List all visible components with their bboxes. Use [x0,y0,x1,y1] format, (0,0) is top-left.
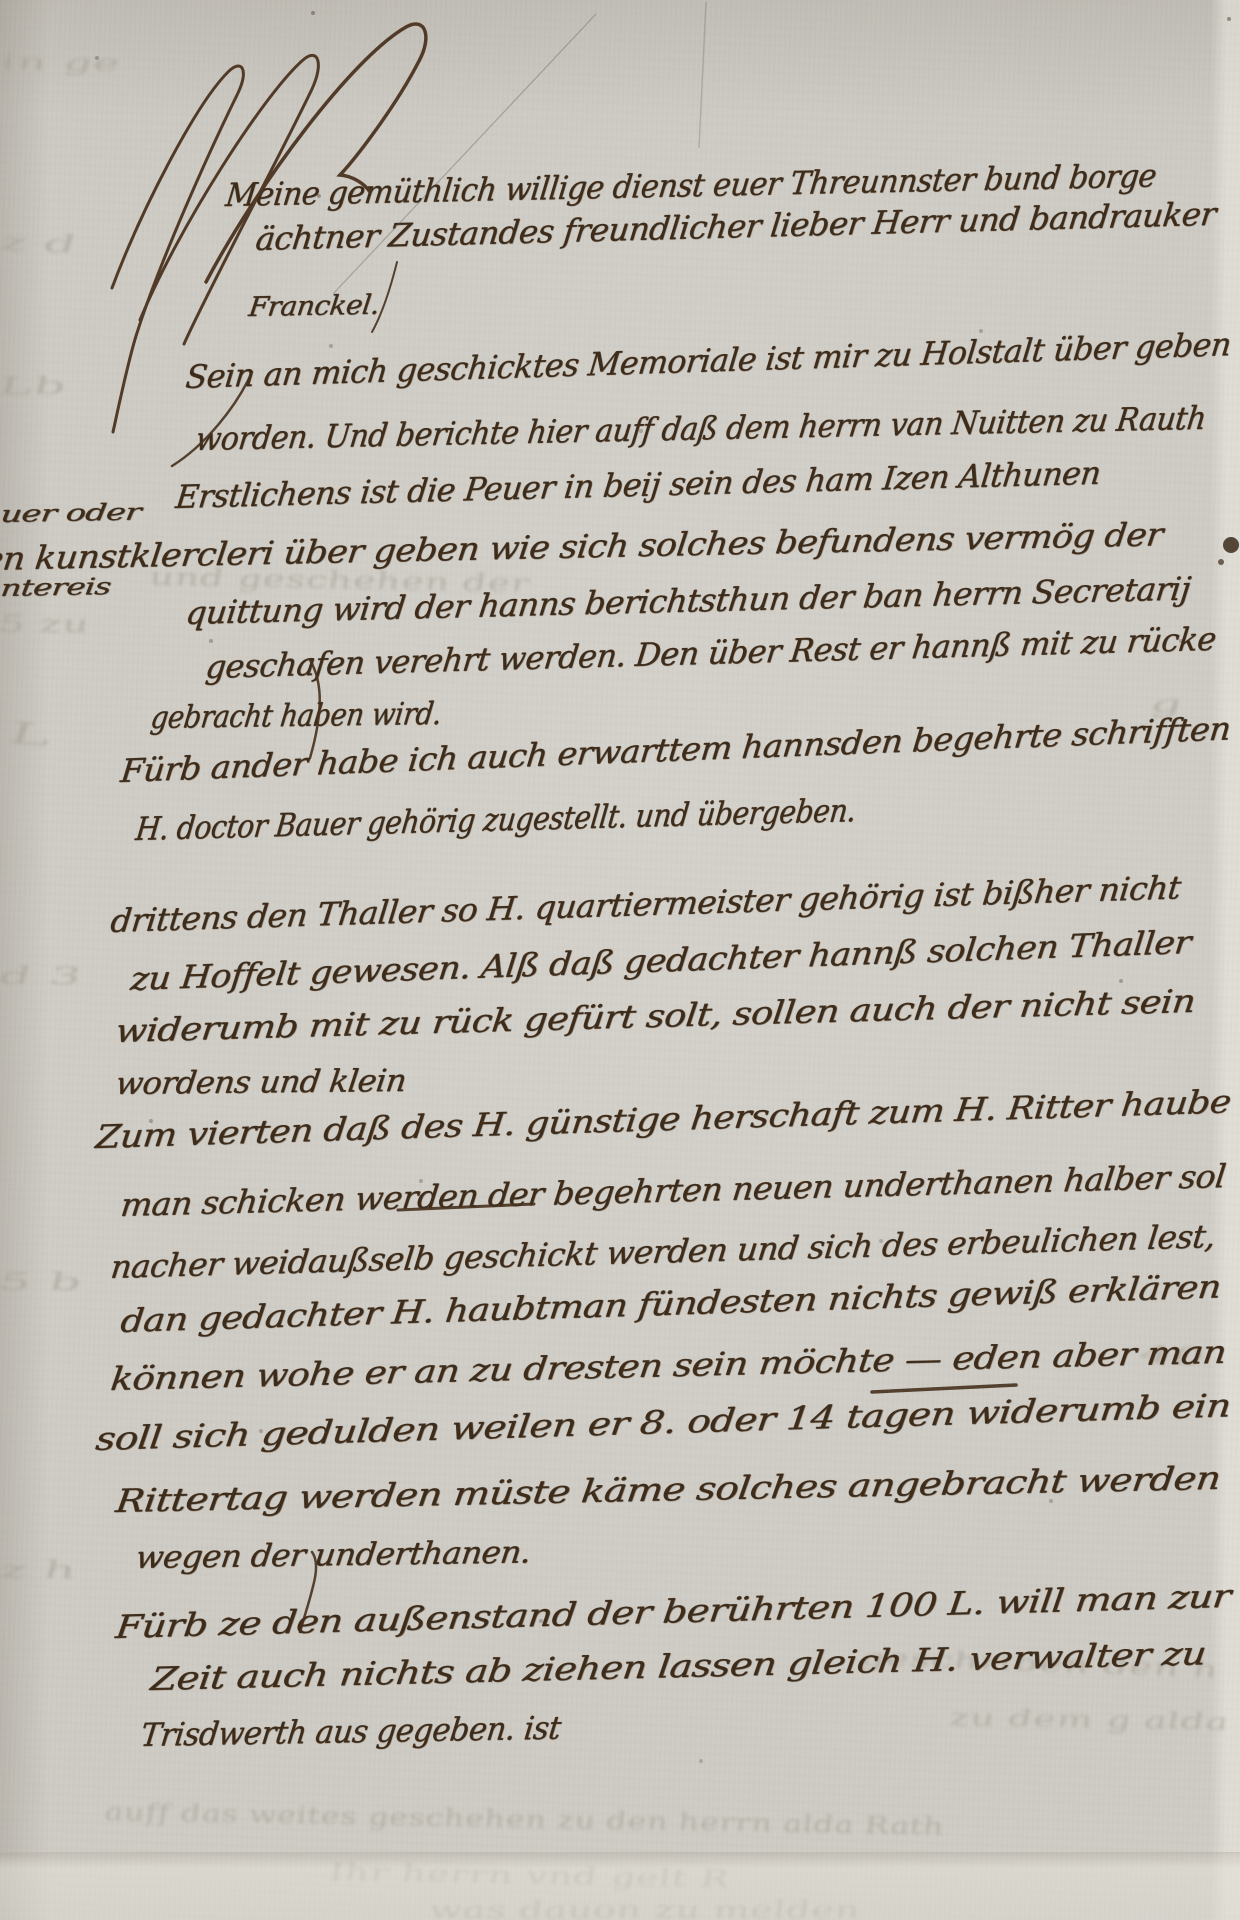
bleedthrough-line-text: z d [0,228,79,259]
bleedthrough-line: d 3 [0,962,40,990]
bleedthrough-line-text: g [1147,690,1184,718]
letter-swash-stroke [172,372,252,466]
manuscript-line: wegen der underthanen. [135,1540,512,1576]
paper-texture [0,0,1240,1920]
manuscript-line-text: können wohe er an zu dresten sein möchte… [109,1333,1229,1398]
manuscript-line: widerumb mit zu rück gefürt solt, sollen… [115,1012,1061,1050]
manuscript-line: H. doctor Bauer gehörig zugestellt. und … [135,810,952,848]
bleedthrough-line-text: in ge [0,50,123,77]
manuscript-line-text: Franckel. [247,290,381,323]
bleedthrough-line-text: z h [0,1556,79,1584]
handwriting-layer: Meine gemüthlich willige dienst euer Thr… [0,0,1240,1920]
manuscript-line: geschafen verehrt werden. Den über Rest … [205,648,1225,686]
manuscript-line-text: Rittertag werden müste käme solches ange… [114,1459,1223,1520]
manuscript-line-text: wordens und klein [114,1063,409,1102]
bleedthrough-line: zu dem g alda [950,1705,1120,1731]
manuscript-line-text: gebracht haben wird. [149,696,444,736]
manuscript-line-text: dan gedachter H. haubtman fündesten nich… [119,1267,1223,1340]
margin-note-text: uer oder [0,500,142,529]
manuscript-line-text: H. doctor Bauer gehörig zugestellt. und … [134,791,858,848]
ascender-stroke [300,1552,316,1632]
bleedthrough-line: in ge [2,50,60,75]
manuscript-line: dan gedachter H. haubtman fündesten nich… [120,1302,1085,1340]
manuscript-line-text: Fürb ander habe ich auch erwarttem hanns… [119,709,1233,790]
ascender-stroke [310,660,320,758]
manuscript-line-text: worden. Und berichte hier auff daß dem h… [194,399,1208,458]
bleedthrough-line-text: und geschehen der [148,563,532,598]
bleedthrough-line: geschriben den h [860,1645,1070,1671]
bleedthrough-line-text: L [8,716,53,754]
bleedthrough-line-text: auff das weites geschehen zu den herrn a… [103,1798,946,1841]
bleedthrough-line-text: 40 [1138,1340,1207,1372]
pen-flourish-monogram-icon [112,24,426,432]
manuscript-line-text: Trisdwerth aus gegeben. ist [139,1709,563,1754]
ink-blot [1218,559,1224,565]
manuscript-line: worden. Und berichte hier auff daß dem h… [195,420,1240,458]
bleedthrough-line: Lb [0,372,32,400]
margin-note: uer oder [0,502,96,528]
manuscript-line-text: Sein an mich geschicktes Memoriale ist m… [184,325,1233,396]
manuscript-line: Erstlichens ist die Peuer in beij sein d… [175,478,1112,516]
manuscript-line: zu Hoffelt gewesen. Alß daß gedachter ha… [130,960,1106,998]
manuscript-line-text: Meine gemüthlich willige dienst euer Thr… [224,156,1159,214]
manuscript-line-text: nacher weidaußselb geschickt werden und … [109,1217,1217,1286]
strikethrough-correction [398,1204,534,1210]
margin-note-text: ntereis [0,574,112,602]
manuscript-line-text: Zum vierten daß des H. günstige herschaf… [94,1082,1233,1156]
manuscript-line-text: Zeit auch nichts ab ziehen lassen gleich… [149,1634,1208,1698]
scratch-crease [333,14,596,294]
manuscript-line-text: quittung wird der hanns berichtsthun der… [184,569,1193,632]
manuscript-line-text: Erstlichens ist die Peuer in beij sein d… [174,454,1103,516]
bleedthrough-line: 40 [1140,1340,1172,1368]
bleedthrough-line-text: 5 b [0,1268,85,1296]
ink-blot [1223,537,1239,553]
manuscript-line: Sein an mich geschicktes Memoriale ist m… [185,358,1240,396]
bleedthrough-line: z d [0,228,37,256]
manuscript-line: gebracht haben wird. [150,700,478,736]
manuscript-line-text: soll sich gedulden weilen er 8. oder 14 … [94,1386,1233,1458]
manuscript-line-text: drittens den Thaller so H. quartiermeist… [109,868,1183,940]
margin-note: ntereis [0,576,78,602]
manuscript-line: drittens den Thaller so H. quartiermeist… [110,902,1155,940]
manuscript-line-text: ächtner Zustandes freundlicher lieber He… [254,195,1218,258]
bleedthrough-line: g [1150,690,1166,718]
manuscript-line: Trisdwerth aus gegeben. ist [140,1716,581,1754]
bleedthrough-line-text: geschriben den h [858,1645,1220,1684]
manuscript-line: Franckel. [248,292,373,323]
manuscript-line: Fürb ze den außenstand der berührten 100… [115,1608,1045,1646]
bleedthrough-line: auff das weites geschehen zu den herrn a… [105,1798,739,1826]
bleedthrough-line-text: Lb [0,372,69,400]
vertical-crease [699,2,706,148]
bleedthrough-line: z h [0,1556,37,1584]
manuscript-line: ächtner Zustandes freundlicher lieber He… [255,220,1204,258]
manuscript-line-text: wegen der underthanen. [134,1534,533,1576]
bleedthrough-line: L [10,716,30,751]
manuscript-line-text: geschafen verehrt werden. Den über Rest … [204,620,1218,686]
manuscript-line: Zum vierten daß des H. günstige herschaf… [95,1118,1103,1156]
manuscript-line-text: man schicken werden der begehrten neuen … [119,1157,1228,1224]
manuscript-line: en kunstklercleri über geben wie sich so… [0,540,1069,578]
manuscript-line: wordens und klein [115,1066,397,1102]
manuscript-line: quittung wird der hanns berichtsthun der… [185,594,1174,632]
manuscript-line: nacher weidaußselb geschickt werden und … [110,1248,1196,1286]
manuscript-line-text: zu Hoffelt gewesen. Alß daß gedachter ha… [129,923,1193,998]
descender-stroke [372,262,397,332]
manuscript-line: können wohe er an zu dresten sein möchte… [110,1360,1075,1398]
manuscript-line-text: en kunstklercleri über geben wie sich so… [0,515,1165,578]
manuscript-line: Rittertag werden müste käme solches ange… [115,1482,1032,1520]
manuscript-line: Fürb ander habe ich auch erwarttem hanns… [120,752,1180,790]
paper-specks [0,0,2,2]
manuscript-line: man schicken werden der begehrten neuen … [120,1186,1185,1224]
bleedthrough-line-text: d 3 [0,962,85,990]
bleedthrough-line: und geschehen der [150,563,391,591]
bleedthrough-line-text: 5 zu [0,610,91,638]
manuscript-line-text: Fürb ze den außenstand der berührten 100… [114,1577,1233,1646]
manuscript-line: soll sich gedulden weilen er 8. oder 14 … [95,1420,1031,1458]
manuscript-page: in gez dLbund geschehen der5 zuLd 3g5 b4… [0,0,1240,1920]
pen-flourish-and-creases [0,0,1240,1920]
bleedthrough-layer: in gez dLbund geschehen der5 zuLd 3g5 b4… [0,0,1240,1920]
manuscript-line-text: widerumb mit zu rück gefürt solt, sollen… [114,982,1197,1050]
bleedthrough-line-text: zu dem g alda [948,1705,1231,1736]
bleedthrough-line: 5 zu [0,610,53,638]
manuscript-line: Meine gemüthlich willige dienst euer Thr… [225,176,1210,214]
dash-stroke [872,1385,1016,1392]
bottom-fold [0,1852,1240,1920]
bleedthrough-line: 5 b [0,1268,40,1296]
manuscript-line: Zeit auch nichts ab ziehen lassen gleich… [150,1660,1032,1698]
